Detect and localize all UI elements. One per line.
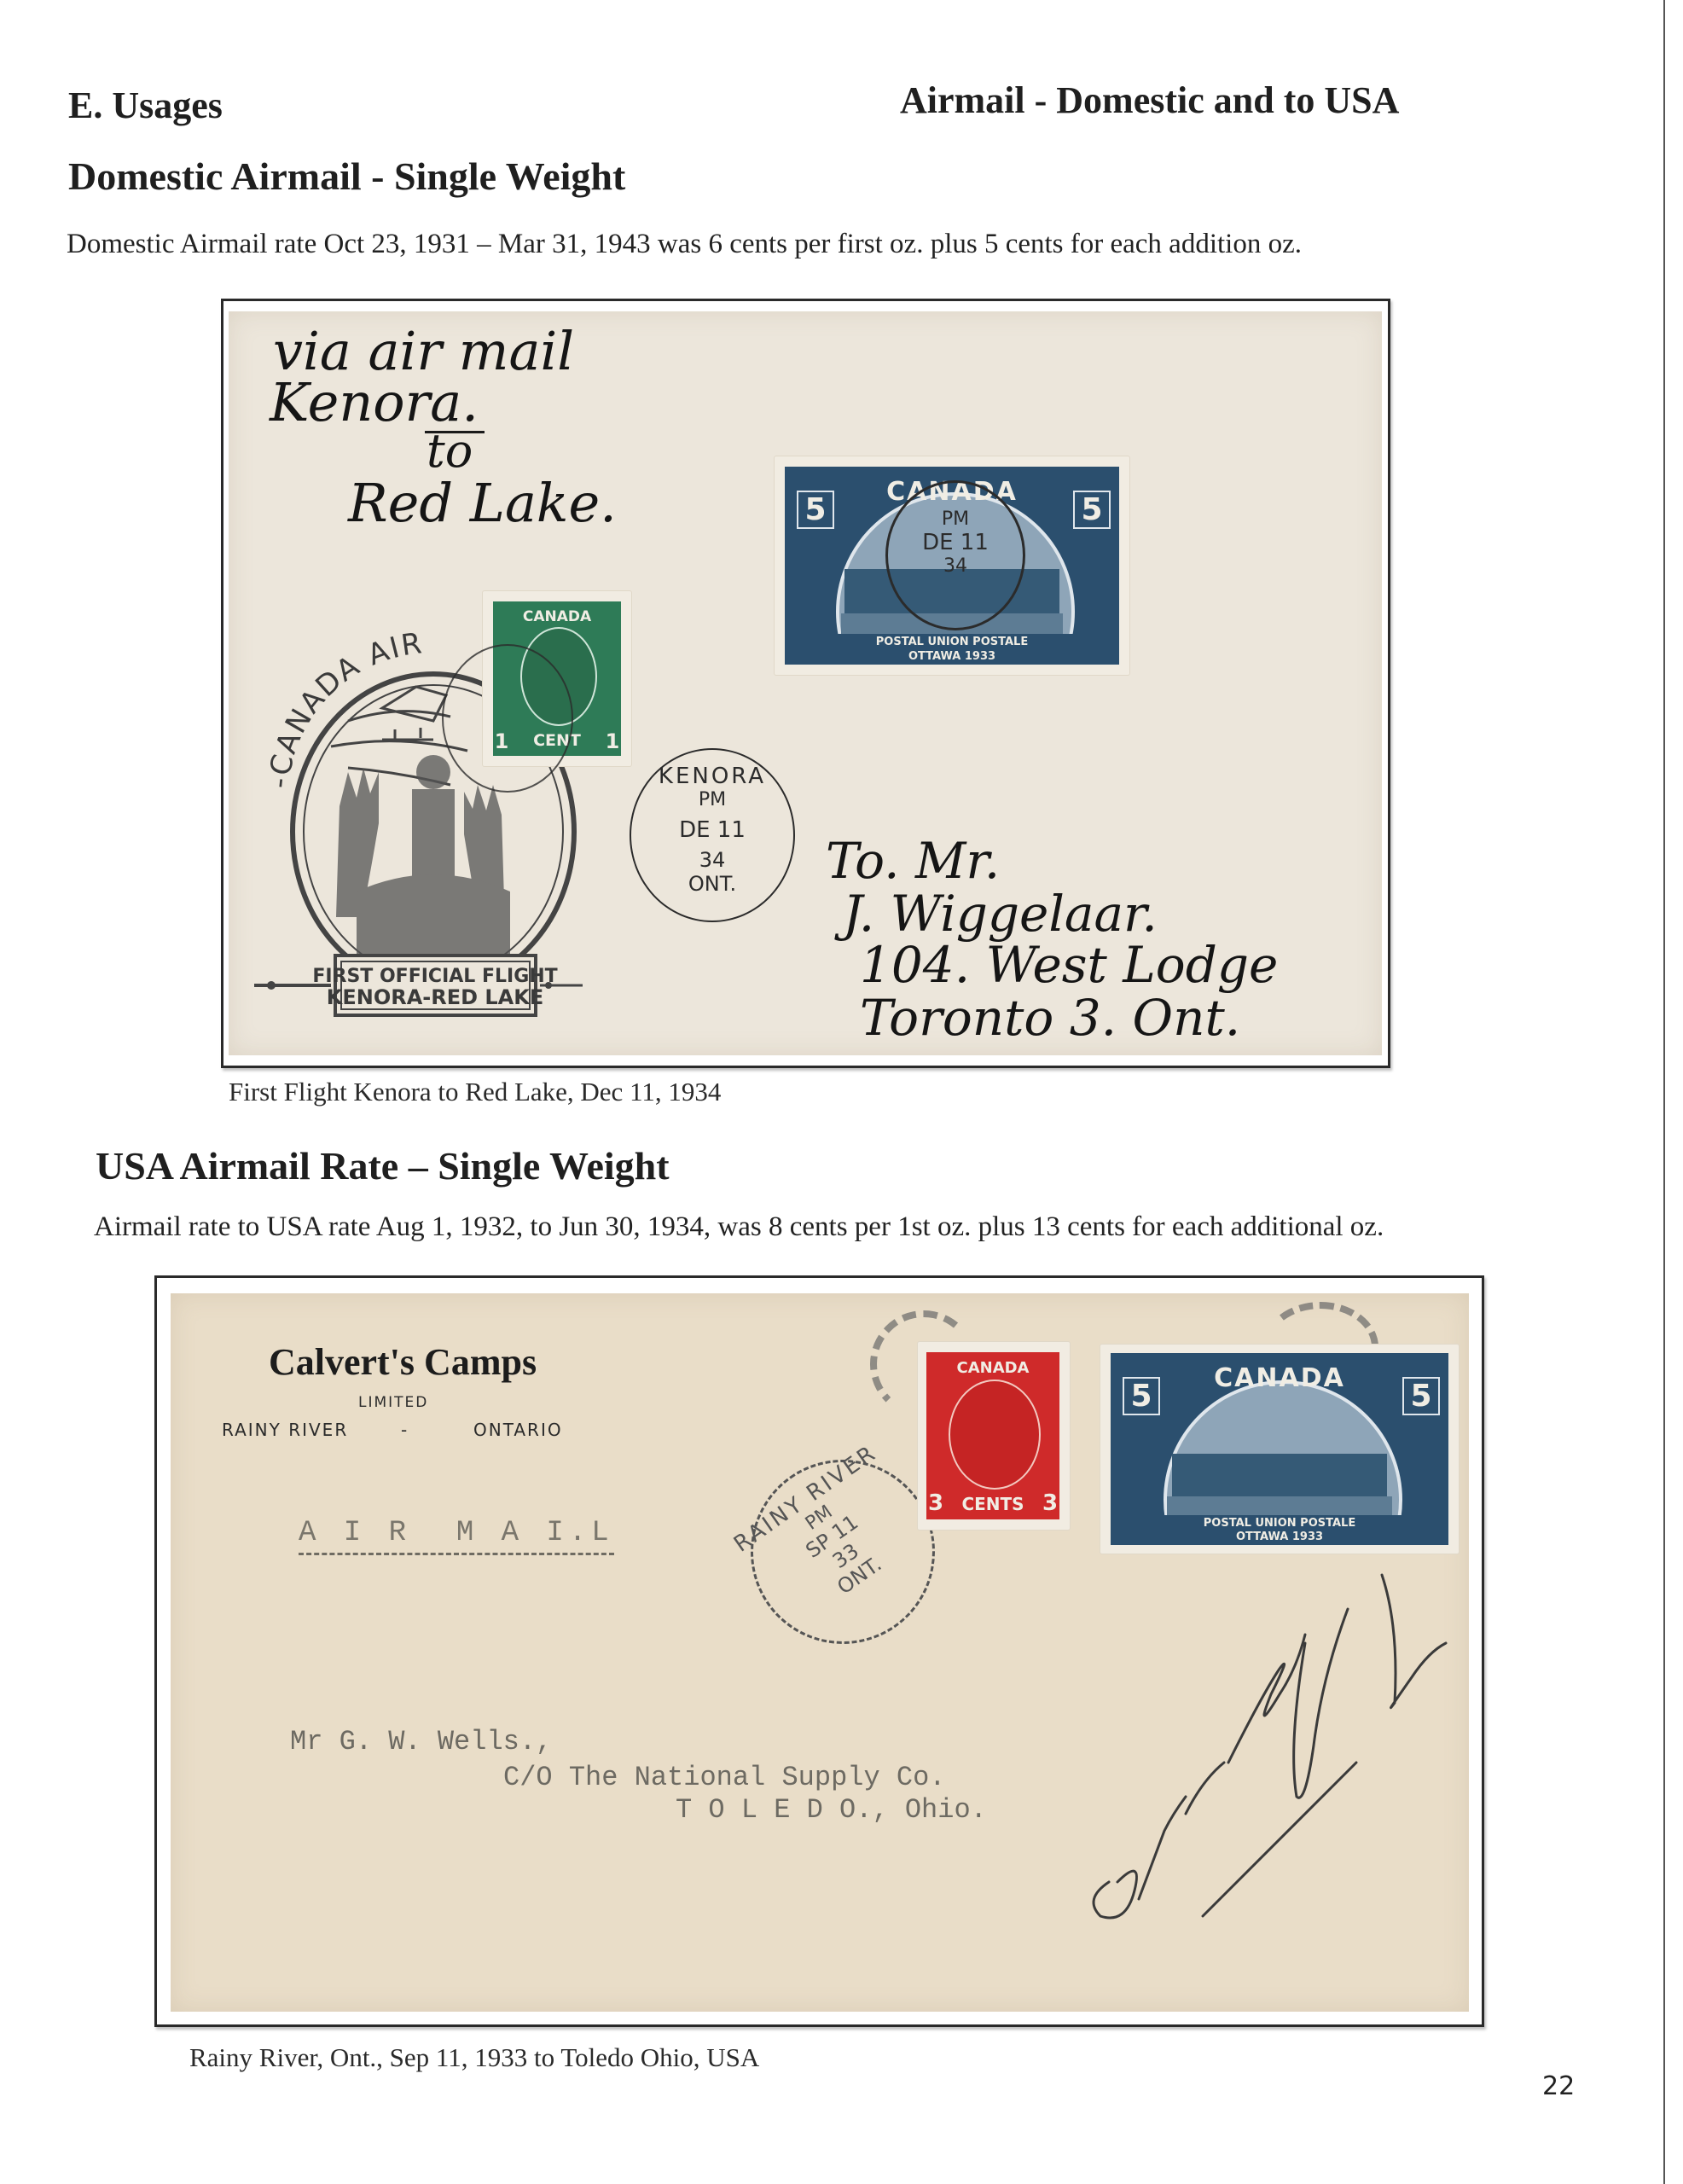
rate-description-domestic: Domestic Airmail rate Oct 23, 1931 – Mar… (67, 229, 1302, 260)
stamp-5-cents-blue: CANADA 5 5 POSTAL UNION POSTALE OTTAWA 1… (1100, 1345, 1459, 1554)
typed-address-line-1: Mr G. W. Wells., (290, 1726, 552, 1757)
cover-rainy-river-toledo: Calvert's Camps LIMITED RAINY RIVER - ON… (171, 1293, 1469, 2012)
corner-card-province: ONTARIO (473, 1420, 563, 1440)
cover-frame-2: Calvert's Camps LIMITED RAINY RIVER - ON… (154, 1275, 1484, 2027)
corner-card-name: Calvert's Camps (269, 1340, 537, 1384)
cover-caption-1: First Flight Kenora to Red Lake, Dec 11,… (229, 1077, 721, 1107)
section-title: E. Usages (68, 84, 223, 127)
postmark-on-1-cent (442, 644, 573, 793)
cover-caption-2: Rainy River, Ont., Sep 11, 1933 to Toled… (189, 2042, 759, 2073)
cover-kenora-red-lake: via air mail Kenora. to Red Lake. -CANAD… (229, 311, 1382, 1055)
cover-frame-1: via air mail Kenora. to Red Lake. -CANAD… (221, 299, 1390, 1068)
section-heading-domestic: Domestic Airmail - Single Weight (68, 154, 625, 199)
rate-description-usa: Airmail rate to USA rate Aug 1, 1932, to… (94, 1211, 1384, 1243)
address-line-4: Toronto 3. Ont. (860, 989, 1240, 1047)
king-george-portrait-icon (949, 1380, 1041, 1490)
stamp-3-cents-red: CANADA 3 CENTS 3 (918, 1342, 1070, 1530)
address-line-3: 104. West Lodge (860, 936, 1278, 994)
typed-address-line-2: C/O The National Supply Co. (503, 1762, 945, 1793)
postmark-kenora: KENORA PM DE 11 34 ONT. (630, 748, 795, 922)
section-heading-usa: USA Airmail Rate – Single Weight (96, 1143, 670, 1188)
air-mail-endorsement: A I R M A I.L (299, 1517, 614, 1555)
handwritten-red-lake: Red Lake. (348, 472, 617, 534)
signature-icon (1058, 1558, 1450, 1933)
typed-address-line-3: T O L E D O., Ohio. (676, 1794, 987, 1826)
handwritten-to: to (427, 424, 473, 478)
topic-title: Airmail - Domestic and to USA (900, 78, 1399, 122)
postmark-on-5-cents: PM DE 11 34 (885, 480, 1025, 630)
page-edge-rule (1663, 0, 1665, 2184)
cachet-banner-line1: FIRST OFFICIAL FLIGHT (312, 966, 557, 987)
address-line-2: J. Wiggelaar. (843, 885, 1158, 943)
corner-card-city: RAINY RIVER (222, 1420, 348, 1440)
page-number: 22 (1542, 2071, 1575, 2101)
cachet-banner-line2: KENORA-RED LAKE (327, 985, 544, 1009)
address-line-1: To. Mr. (826, 832, 1000, 890)
corner-card-limited: LIMITED (358, 1394, 428, 1411)
